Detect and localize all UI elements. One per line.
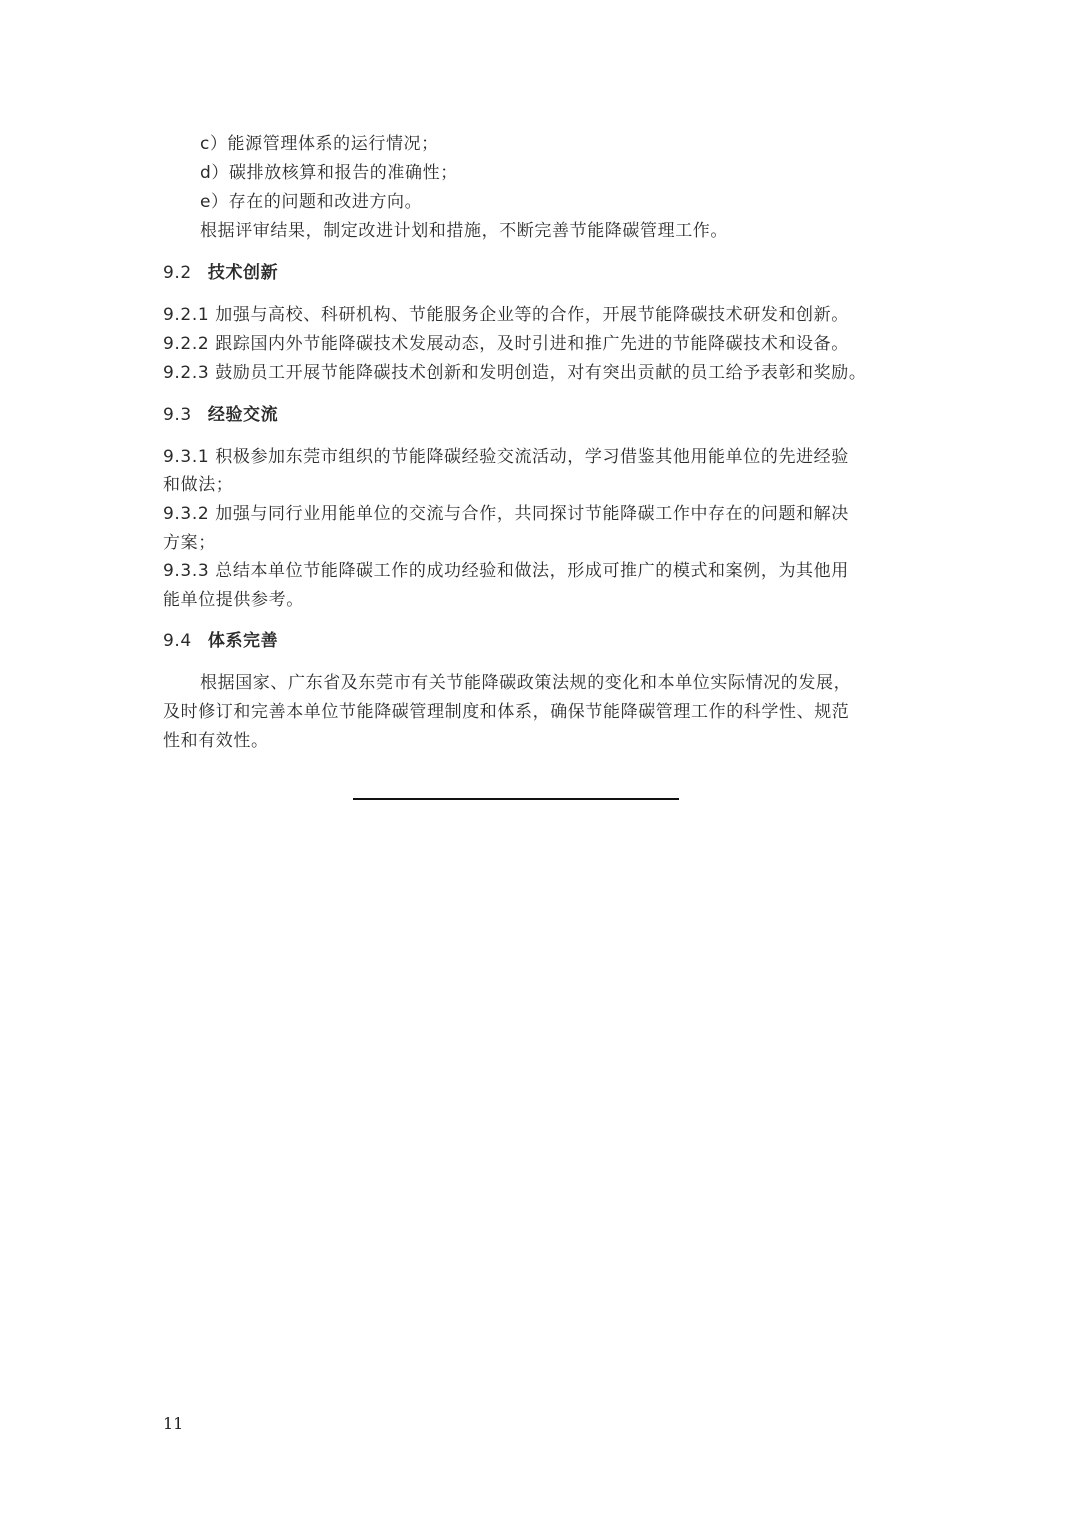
list-item-d: d）碳排放核算和报告的准确性； <box>200 162 458 184</box>
section-heading-9-2: 9.2技术创新 <box>163 262 278 284</box>
section-number: 9.4 <box>163 631 192 651</box>
paragraph-9-4-line-1: 根据国家、广东省及东莞市有关节能降碳政策法规的变化和本单位实际情况的发展， <box>200 672 851 694</box>
clause-9-2-1: 9.2.1 加强与高校、科研机构、节能服务企业等的合作，开展节能降碳技术研发和创… <box>163 304 849 326</box>
list-item-e: e）存在的问题和改进方向。 <box>200 191 422 213</box>
clause-9-2-2: 9.2.2 跟踪国内外节能降碳技术发展动态，及时引进和推广先进的节能降碳技术和设… <box>163 333 849 355</box>
clause-9-2-3: 9.2.3 鼓励员工开展节能降碳技术创新和发明创造，对有突出贡献的员工给予表彰和… <box>163 362 866 384</box>
list-item-c: c）能源管理体系的运行情况； <box>200 133 439 155</box>
paragraph-9-4-line-2: 及时修订和完善本单位节能降碳管理制度和体系，确保节能降碳管理工作的科学性、规范 <box>163 701 849 723</box>
clause-9-3-1: 9.3.1 积极参加东莞市组织的节能降碳经验交流活动，学习借鉴其他用能单位的先进… <box>163 446 849 468</box>
section-number: 9.3 <box>163 405 192 425</box>
section-title: 体系完善 <box>208 631 278 651</box>
end-rule-divider <box>353 798 679 800</box>
section-title: 经验交流 <box>208 405 278 425</box>
paragraph-9-4-line-3: 性和有效性。 <box>163 730 269 752</box>
clause-9-3-3: 9.3.3 总结本单位节能降碳工作的成功经验和做法，形成可推广的模式和案例，为其… <box>163 560 849 582</box>
clause-9-3-2-cont: 方案； <box>163 532 216 554</box>
clause-9-3-2: 9.3.2 加强与同行业用能单位的交流与合作，共同探讨节能降碳工作中存在的问题和… <box>163 503 849 525</box>
section-heading-9-3: 9.3经验交流 <box>163 404 278 426</box>
clause-9-3-1-cont: 和做法； <box>163 474 233 496</box>
page-number: 11 <box>163 1414 183 1433</box>
clause-9-3-3-cont: 能单位提供参考。 <box>163 589 304 611</box>
section-title: 技术创新 <box>208 263 278 283</box>
document-page: c）能源管理体系的运行情况； d）碳排放核算和报告的准确性； e）存在的问题和改… <box>0 0 1080 1527</box>
section-heading-9-4: 9.4体系完善 <box>163 630 278 652</box>
review-paragraph: 根据评审结果，制定改进计划和措施，不断完善节能降碳管理工作。 <box>200 220 728 242</box>
section-number: 9.2 <box>163 263 192 283</box>
